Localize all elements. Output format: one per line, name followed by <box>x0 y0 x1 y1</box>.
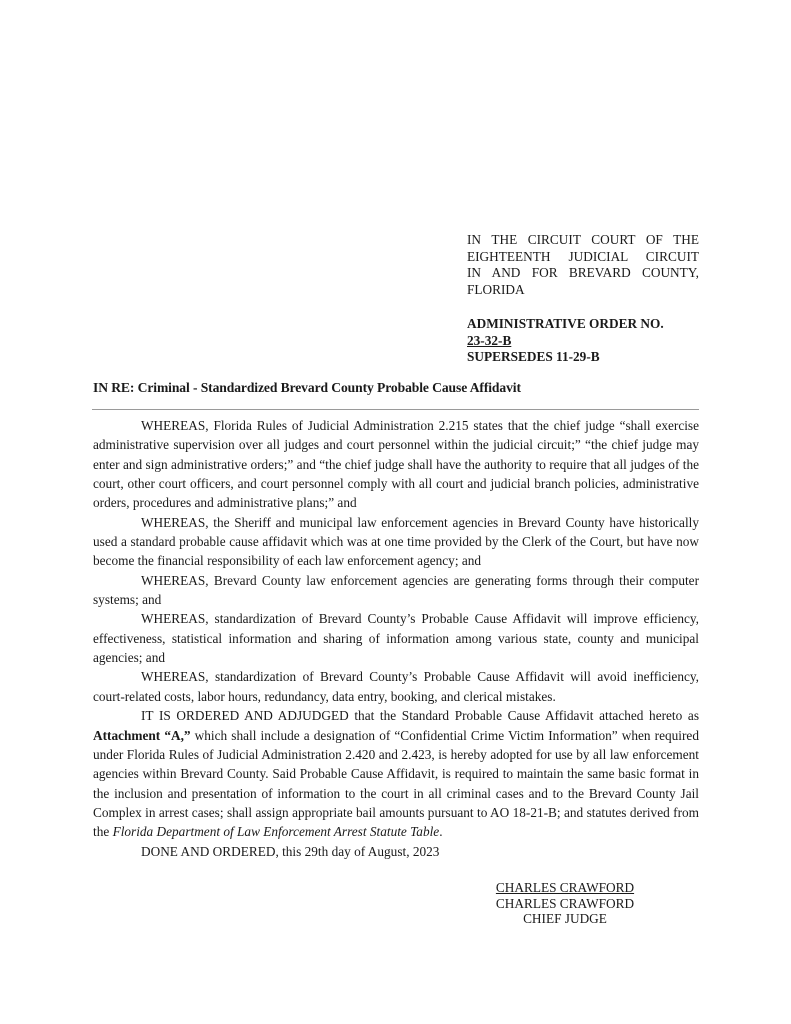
whereas-paragraph: WHEREAS, standardization of Brevard Coun… <box>93 609 699 667</box>
document-page: IN THE CIRCUIT COURT OF THE EIGHTEENTH J… <box>0 0 791 1024</box>
court-caption-line: IN THE CIRCUIT COURT OF THE <box>467 232 699 249</box>
whereas-paragraph: WHEREAS, Brevard County law enforcement … <box>93 571 699 610</box>
whereas-paragraph: WHEREAS, standardization of Brevard Coun… <box>93 667 699 706</box>
ordered-text: IT IS ORDERED AND ADJUDGED that the Stan… <box>141 708 699 723</box>
supersedes-notice: SUPERSEDES 11-29-B <box>467 349 707 366</box>
ordered-text: which shall include a designation of “Co… <box>93 728 699 840</box>
whereas-paragraph: WHEREAS, Florida Rules of Judicial Admin… <box>93 416 699 513</box>
order-identifier: ADMINISTRATIVE ORDER NO. 23-32-B SUPERSE… <box>467 316 707 366</box>
order-number: 23-32-B <box>467 333 707 350</box>
court-caption-line: EIGHTEENTH JUDICIAL CIRCUIT <box>467 249 699 266</box>
done-and-ordered-line: DONE AND ORDERED, this 29th day of Augus… <box>93 842 699 861</box>
statute-table-reference: Florida Department of Law Enforcement Ar… <box>113 824 440 839</box>
whereas-paragraph: WHEREAS, the Sheriff and municipal law e… <box>93 513 699 571</box>
in-re-heading: IN RE: Criminal - Standardized Brevard C… <box>93 380 521 396</box>
court-caption-line: IN AND FOR BREVARD COUNTY, <box>467 265 699 282</box>
attachment-reference: Attachment “A,” <box>93 728 191 743</box>
judge-title: CHIEF JUDGE <box>470 911 660 927</box>
signature-name: CHARLES CRAWFORD <box>470 880 660 896</box>
horizontal-divider <box>92 409 699 410</box>
ordered-paragraph: IT IS ORDERED AND ADJUDGED that the Stan… <box>93 706 699 841</box>
order-label: ADMINISTRATIVE ORDER NO. <box>467 316 707 333</box>
court-caption: IN THE CIRCUIT COURT OF THE EIGHTEENTH J… <box>467 232 699 298</box>
order-body: WHEREAS, Florida Rules of Judicial Admin… <box>93 416 699 861</box>
printed-name: CHARLES CRAWFORD <box>470 896 660 912</box>
ordered-text: . <box>439 824 442 839</box>
signature-block: CHARLES CRAWFORD CHARLES CRAWFORD CHIEF … <box>470 880 660 927</box>
court-caption-line: FLORIDA <box>467 282 699 299</box>
